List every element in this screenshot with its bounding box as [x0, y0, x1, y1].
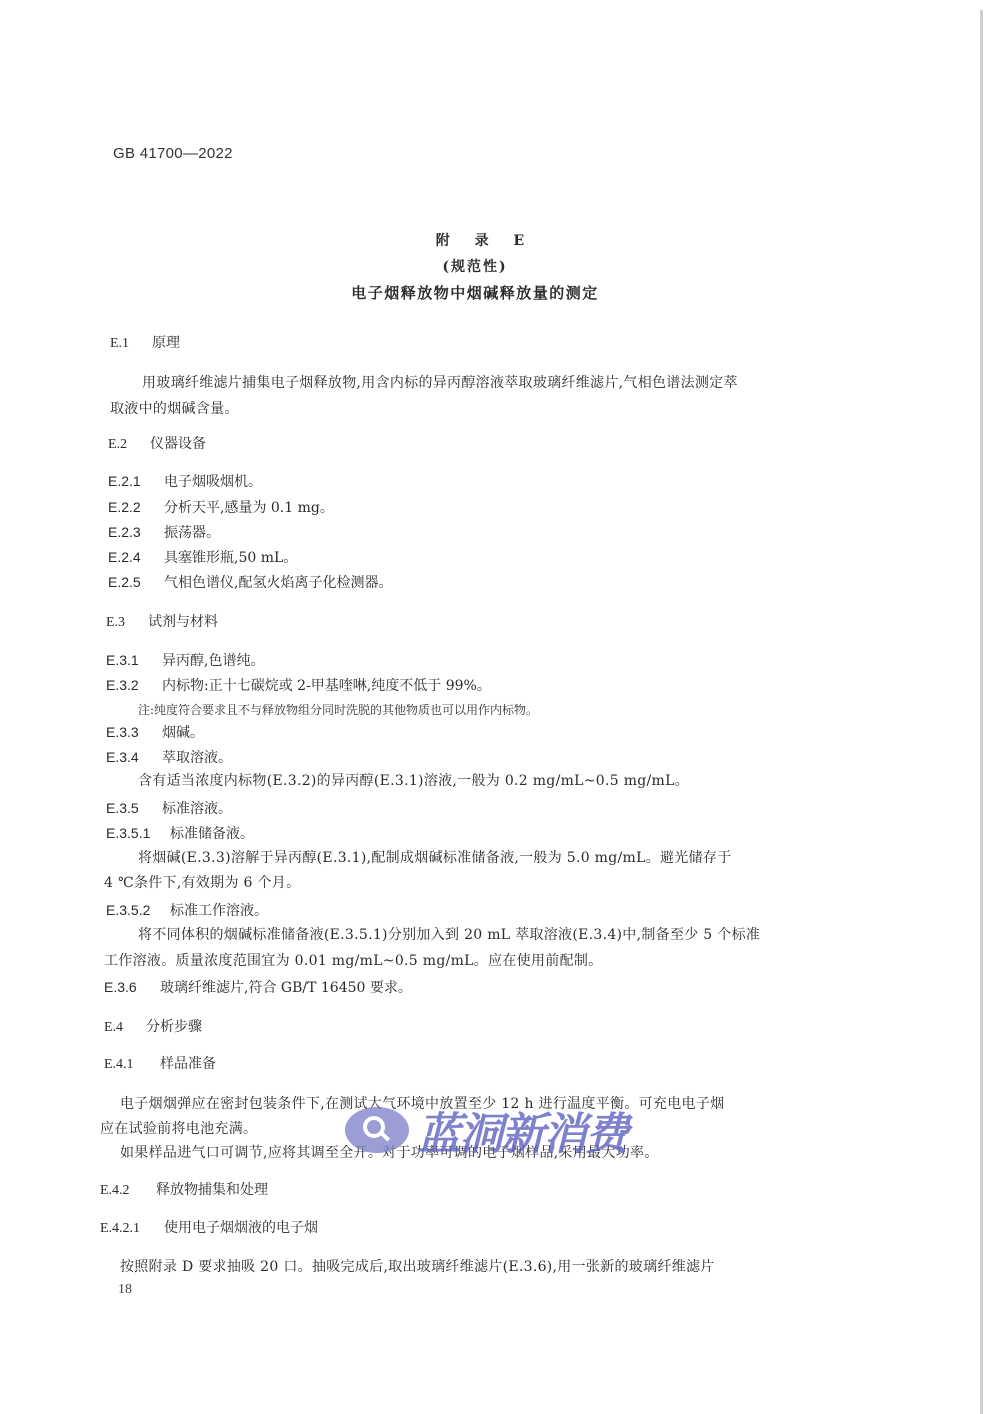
paragraph-e1-line2: 取液中的烟碱含量。 — [110, 396, 850, 422]
section-heading-e2: E.2仪器设备 — [108, 433, 206, 453]
appendix-type: (规范性) — [0, 256, 950, 276]
section-title: 样品准备 — [160, 1056, 216, 1072]
paragraph-e3-4: 含有适当浓度内标物(E.3.2)的异丙醇(E.3.1)溶液,一般为 0.2 mg… — [138, 768, 878, 794]
list-item-e3-5-2: E.3.5.2标准工作溶液。 — [106, 900, 268, 920]
section-number: E.2 — [108, 437, 150, 453]
section-number: E.4.2.1 — [100, 1221, 164, 1237]
section-title: 分析步骤 — [146, 1019, 202, 1035]
paragraph-e1-line1: 用玻璃纤维滤片捕集电子烟释放物,用含内标的异丙醇溶液萃取玻璃纤维滤片,气相色谱法… — [142, 370, 882, 396]
list-item-e3-5: E.3.5标准溶液。 — [106, 798, 232, 818]
page-edge-line — [980, 10, 983, 1414]
appendix-title: 附 录 E — [0, 230, 960, 250]
list-item-e3-3: E.3.3烟碱。 — [106, 722, 204, 742]
section-title: 释放物捕集和处理 — [156, 1182, 268, 1198]
paragraph-e3-5-2-line2: 工作溶液。质量浓度范围宜为 0.01 mg/mL~0.5 mg/mL。应在使用前… — [104, 948, 844, 974]
paragraph-e3-5-2-line1: 将不同体积的烟碱标准储备液(E.3.5.1)分别加入到 20 mL 萃取溶液(E… — [138, 922, 878, 948]
list-item-e2-2: E.2.2分析天平,感量为 0.1 mg。 — [108, 497, 334, 517]
paragraph-e4-2-1: 按照附录 D 要求抽吸 20 口。抽吸完成后,取出玻璃纤维滤片(E.3.6),用… — [120, 1254, 860, 1280]
paragraph-e3-5-1-line2: 4 ℃条件下,有效期为 6 个月。 — [104, 870, 844, 896]
section-heading-e4-2-1: E.4.2.1使用电子烟烟液的电子烟 — [100, 1217, 318, 1237]
list-item-e2-1: E.2.1电子烟吸烟机。 — [108, 471, 262, 491]
watermark-eye-icon — [345, 1107, 409, 1153]
list-item-e2-5: E.2.5气相色谱仪,配氢火焰离子化检测器。 — [108, 572, 392, 592]
section-title: 试剂与材料 — [148, 614, 218, 630]
section-title: 使用电子烟烟液的电子烟 — [164, 1220, 318, 1236]
list-item-e3-6: E.3.6玻璃纤维滤片,符合 GB/T 16450 要求。 — [104, 977, 412, 997]
section-heading-e4: E.4分析步骤 — [104, 1016, 202, 1036]
appendix-name: 电子烟释放物中烟碱释放量的测定 — [0, 282, 950, 303]
list-item-e3-1: E.3.1异丙醇,色谱纯。 — [106, 650, 264, 670]
list-item-e3-5-1: E.3.5.1标准储备液。 — [106, 823, 254, 843]
section-heading-e4-1: E.4.1样品准备 — [104, 1053, 216, 1073]
section-title: 仪器设备 — [150, 436, 206, 452]
section-number: E.3 — [106, 615, 148, 631]
watermark-text: 蓝洞新消费 — [417, 1098, 627, 1162]
section-number: E.4.1 — [104, 1057, 160, 1073]
section-title: 原理 — [152, 335, 180, 351]
section-number: E.1 — [110, 336, 152, 352]
paragraph-e3-5-1-line1: 将烟碱(E.3.3)溶解于异丙醇(E.3.1),配制成烟碱标准储备液,一般为 5… — [138, 845, 878, 871]
section-heading-e1: E.1原理 — [110, 332, 180, 352]
standard-number: GB 41700—2022 — [113, 145, 233, 162]
page-number: 18 — [118, 1282, 132, 1298]
section-heading-e4-2: E.4.2释放物捕集和处理 — [100, 1179, 268, 1199]
section-number: E.4.2 — [100, 1183, 156, 1199]
list-item-e2-3: E.2.3振荡器。 — [108, 522, 220, 542]
section-heading-e3: E.3试剂与材料 — [106, 611, 218, 631]
section-number: E.4 — [104, 1020, 146, 1036]
note-e3-2: 注:纯度符合要求且不与释放物组分同时洗脱的其他物质也可以用作内标物。 — [138, 701, 538, 718]
watermark: 蓝洞新消费 — [345, 1103, 627, 1157]
list-item-e3-4: E.3.4萃取溶液。 — [106, 747, 232, 767]
list-item-e3-2: E.3.2内标物:正十七碳烷或 2-甲基喹啉,纯度不低于 99%。 — [106, 675, 491, 695]
list-item-e2-4: E.2.4具塞锥形瓶,50 mL。 — [108, 547, 297, 567]
